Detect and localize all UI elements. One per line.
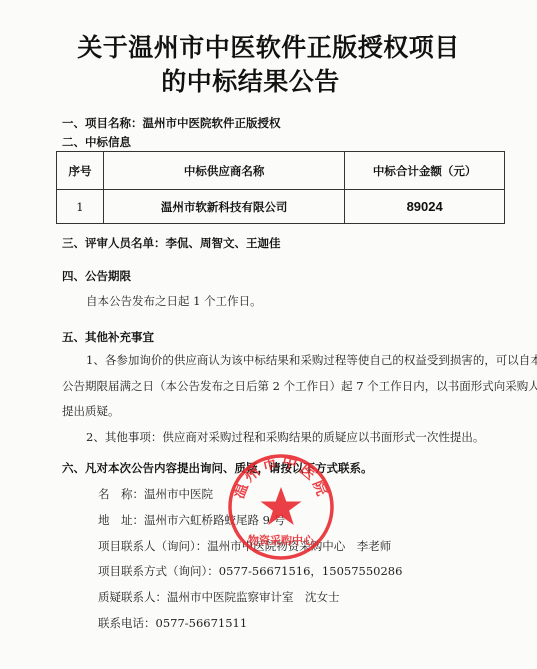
section-reviewers: 三、评审人员名单：李侃、周智文、王迦佳 <box>62 235 281 251</box>
header-supplier: 中标供应商名称 <box>103 152 344 190</box>
section-contact-heading: 六、凡对本次公告内容提出询问、质疑，请按以下方式联系。 <box>62 460 373 476</box>
section-other-heading: 五、其他补充事宜 <box>62 329 154 345</box>
cell-seq: 1 <box>57 190 104 224</box>
announcement-page: 关于温州市中医软件正版授权项目 的中标结果公告 一、项目名称：温州市中医院软件正… <box>0 0 537 669</box>
table-header-row: 序号 中标供应商名称 中标合计金额（元） <box>57 152 505 190</box>
contact-method: 项目联系方式（询问）：0577-56671516，15057550286 <box>98 563 402 579</box>
contact-person: 项目联系人（询问）：温州市中医院物资采购中心 李老师 <box>98 538 391 554</box>
other-item1-line2: 公告期限届满之日（本公告发布之日后第 2 个工作日）起 7 个工作日内，以书面形… <box>62 378 537 394</box>
header-seq: 序号 <box>57 152 104 190</box>
section-bid-info-heading: 二、中标信息 <box>62 134 131 150</box>
section-project-name: 一、项目名称：温州市中医院软件正版授权 <box>62 115 281 131</box>
document-title-line2: 的中标结果公告 <box>0 62 519 98</box>
complaint-phone: 联系电话：0577-56671511 <box>98 615 247 631</box>
other-item1-line1: 1、各参加询价的供应商认为该中标结果和采购过程等使自己的权益受到损害的，可以自本 <box>86 352 537 368</box>
other-item2: 2、其他事项：供应商对采购过程和采购结果的质疑应以书面形式一次性提出。 <box>86 429 484 445</box>
contact-address: 地 址：温州市六虹桥路蛟尾路 9 号 <box>98 512 285 528</box>
period-text: 自本公告发布之日起 1 个工作日。 <box>86 293 262 309</box>
complaint-person: 质疑联系人：温州市中医院监察审计室 沈女士 <box>98 589 340 605</box>
header-amount: 中标合计金额（元） <box>345 152 505 190</box>
document-title-line1: 关于温州市中医软件正版授权项目 <box>0 28 537 64</box>
table-row: 1 温州市软新科技有限公司 89024 <box>57 190 505 224</box>
contact-name: 名 称：温州市中医院 <box>98 486 213 502</box>
bid-result-table: 序号 中标供应商名称 中标合计金额（元） 1 温州市软新科技有限公司 89024 <box>56 151 505 224</box>
section-period-heading: 四、公告期限 <box>62 268 131 284</box>
other-item1-line3: 提出质疑。 <box>62 403 120 419</box>
cell-amount: 89024 <box>345 190 505 224</box>
cell-supplier: 温州市软新科技有限公司 <box>103 190 344 224</box>
